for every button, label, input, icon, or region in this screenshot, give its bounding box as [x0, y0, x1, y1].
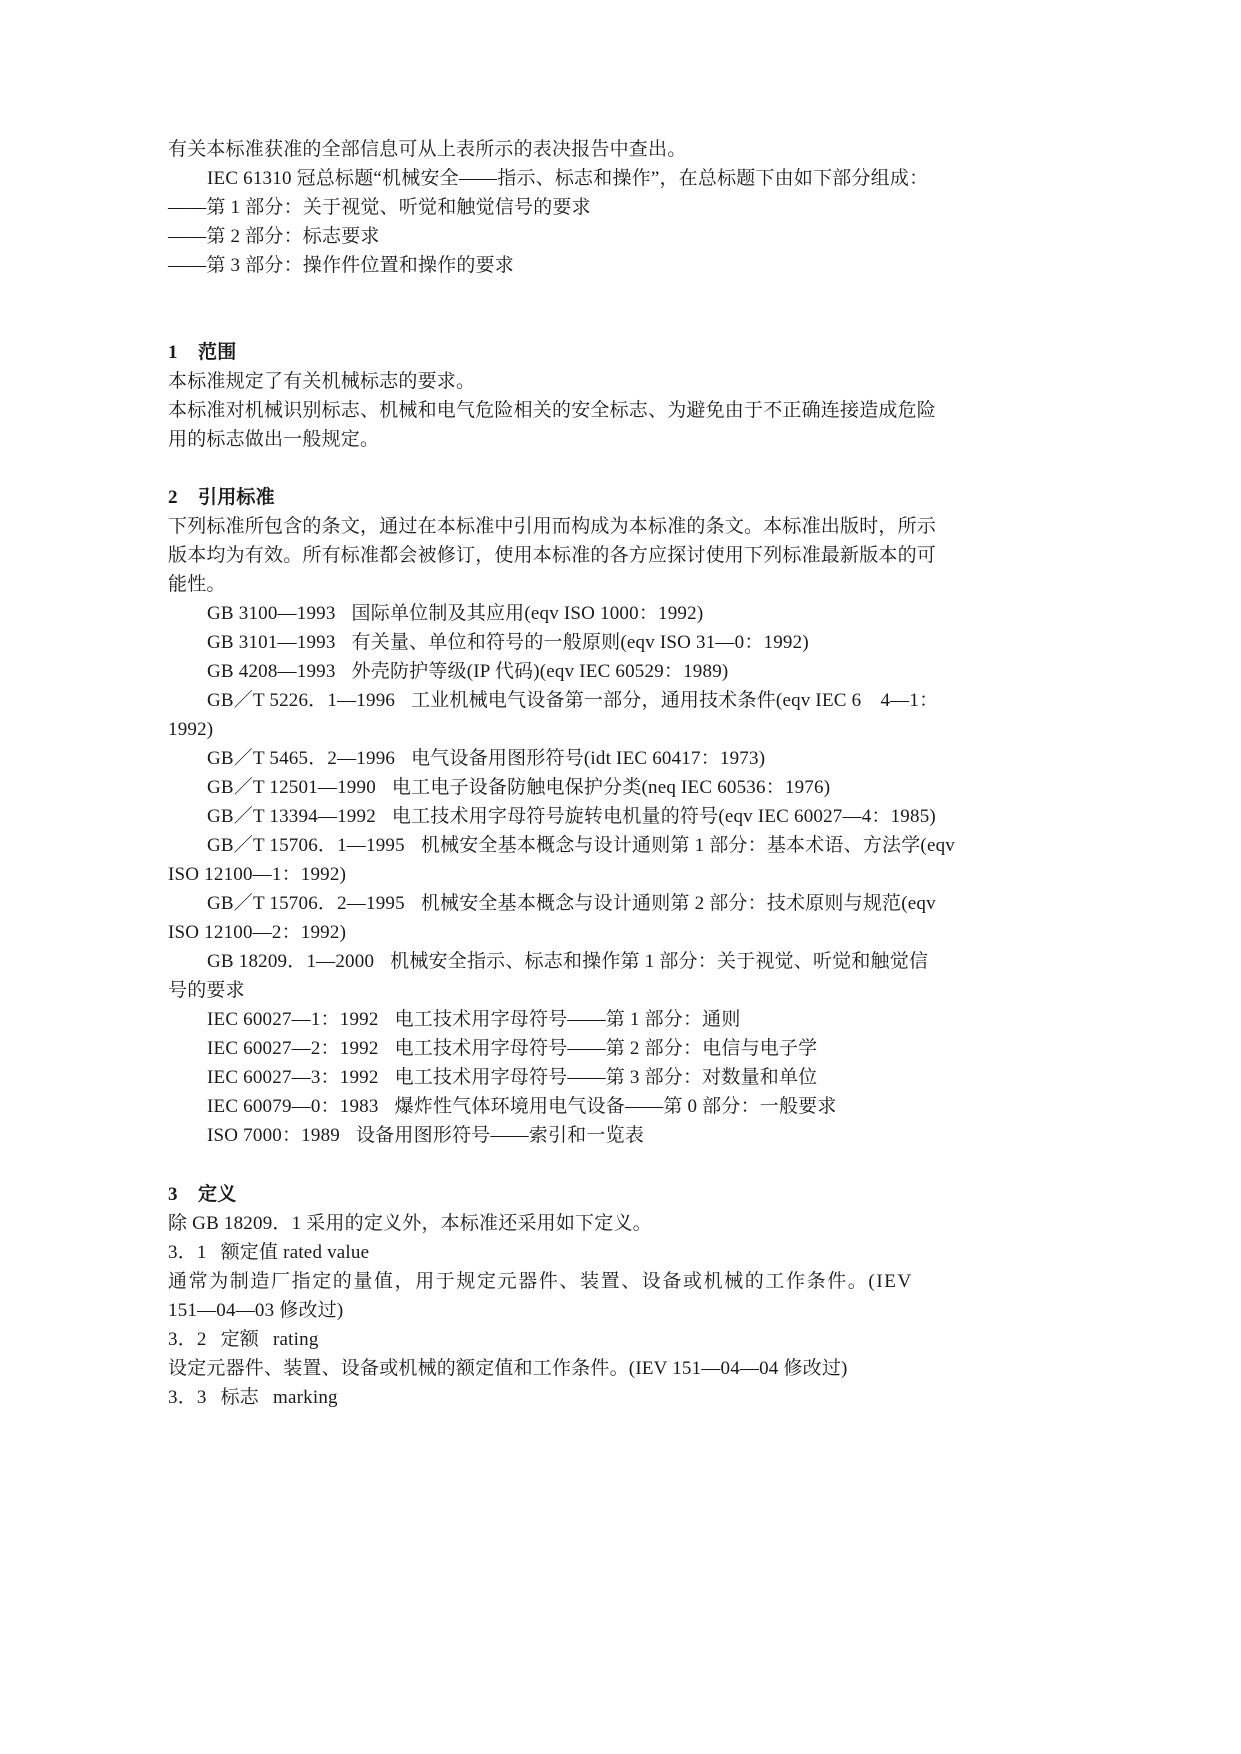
section-1-number: 1 [168, 341, 198, 365]
definition-heading: 3．1额定值 rated value [168, 1241, 369, 1265]
section-3-intro: 除 GB 18209．1 采用的定义外，本标准还采用如下定义。 [168, 1212, 652, 1236]
section-2-number: 2 [168, 486, 198, 510]
intro-part-1: ——第 1 部分：关于视觉、听觉和触觉信号的要求 [168, 196, 591, 220]
definition-heading: 3．3标志marking [168, 1386, 338, 1410]
reference-title: 工业机械电气设备第一部分，通用技术条件(eqv IEC 6 4—1： [411, 690, 938, 711]
definition-term-en: rating [273, 1329, 319, 1350]
section-2-para-line-1: 下列标准所包含的条文，通过在本标准中引用而构成为本标准的条文。本标准出版时，所示 [168, 515, 936, 539]
reference-item: GB／T 15706．1—1995机械安全基本概念与设计通则第 1 部分：基本术… [207, 834, 955, 858]
reference-item: IEC 60027—2：1992电工技术用字母符号——第 2 部分：电信与电子学 [207, 1037, 817, 1061]
reference-item: IEC 60027—3：1992电工技术用字母符号——第 3 部分：对数量和单位 [207, 1066, 817, 1090]
reference-code: GB／T 15706．2—1995 [207, 892, 405, 916]
section-3-title: 定义 [198, 1184, 236, 1205]
reference-code: IEC 60027—1：1992 [207, 1008, 379, 1032]
section-1-title: 范围 [198, 342, 236, 363]
definition-desc-line-1: 通常为制造厂指定的量值，用于规定元器件、装置、设备或机械的工作条件。(IEV [168, 1270, 913, 1294]
definition-desc-line-2: 151—04—03 修改过) [168, 1299, 343, 1323]
definition-term-zh: 定额 [221, 1329, 259, 1350]
section-2-title: 引用标准 [198, 487, 275, 508]
reference-code: GB 3100—1993 [207, 602, 336, 626]
reference-code: GB／T 15706．1—1995 [207, 834, 405, 858]
definition-term-zh: 标志 [221, 1387, 259, 1408]
reference-item: GB／T 15706．2—1995机械安全基本概念与设计通则第 2 部分：技术原… [207, 892, 936, 916]
reference-continuation: 1992) [168, 718, 213, 742]
reference-title: 电工技术用字母符号——第 1 部分：通则 [395, 1009, 741, 1030]
definition-term-en: rated value [283, 1242, 369, 1263]
reference-item: GB／T 5465．2—1996电气设备用图形符号(idt IEC 60417：… [207, 747, 765, 771]
reference-continuation: ISO 12100—1：1992) [168, 863, 346, 887]
reference-item: IEC 60079—0：1983爆炸性气体环境用电气设备——第 0 部分：一般要… [207, 1095, 837, 1119]
document-page: 有关本标准获准的全部信息可从上表所示的表决报告中查出。 IEC 61310 冠总… [0, 0, 1241, 1754]
reference-item: GB 3100—1993国际单位制及其应用(eqv ISO 1000：1992) [207, 602, 703, 626]
reference-code: GB 18209．1—2000 [207, 950, 374, 974]
intro-part-3: ——第 3 部分：操作件位置和操作的要求 [168, 254, 514, 278]
definition-number: 3．2 [168, 1328, 207, 1352]
reference-item: GB 18209．1—2000机械安全指示、标志和操作第 1 部分：关于视觉、听… [207, 950, 928, 974]
section-3-heading: 3定义 [168, 1183, 236, 1207]
reference-title: 电工技术用字母符号旋转电机量的符号(eqv IEC 60027—4：1985) [392, 806, 936, 827]
reference-item: GB／T 12501—1990电工电子设备防触电保护分类(neq IEC 605… [207, 776, 830, 800]
reference-code: GB／T 5226．1—1996 [207, 689, 395, 713]
definition-term-en: marking [273, 1387, 338, 1408]
reference-item: GB／T 13394—1992电工技术用字母符号旋转电机量的符号(eqv IEC… [207, 805, 936, 829]
definition-number: 3．3 [168, 1386, 207, 1410]
reference-continuation: ISO 12100—2：1992) [168, 921, 346, 945]
reference-code: IEC 60027—2：1992 [207, 1037, 379, 1061]
reference-title: 设备用图形符号——索引和一览表 [356, 1125, 644, 1146]
intro-line-2: IEC 61310 冠总标题“机械安全——指示、标志和操作”，在总标题下由如下部… [207, 167, 928, 191]
reference-code: IEC 60079—0：1983 [207, 1095, 379, 1119]
reference-title: 电工技术用字母符号——第 2 部分：电信与电子学 [395, 1038, 818, 1059]
definition-term-zh: 额定值 [221, 1242, 279, 1263]
reference-title: 机械安全基本概念与设计通则第 2 部分：技术原则与规范(eqv [421, 893, 936, 914]
reference-code: IEC 60027—3：1992 [207, 1066, 379, 1090]
reference-title: 电工技术用字母符号——第 3 部分：对数量和单位 [395, 1067, 818, 1088]
reference-item: GB 3101—1993有关量、单位和符号的一般原则(eqv ISO 31—0：… [207, 631, 809, 655]
section-3-number: 3 [168, 1183, 198, 1207]
reference-code: GB／T 13394—1992 [207, 805, 376, 829]
section-2-para-line-3: 能性。 [168, 573, 226, 597]
reference-code: GB 4208—1993 [207, 660, 336, 684]
reference-title: 机械安全指示、标志和操作第 1 部分：关于视觉、听觉和触觉信 [390, 951, 928, 972]
section-1-para-1: 本标准规定了有关机械标志的要求。 [168, 370, 475, 394]
section-2-para-line-2: 版本均为有效。所有标准都会被修订，使用本标准的各方应探讨使用下列标准最新版本的可 [168, 544, 936, 568]
reference-title: 爆炸性气体环境用电气设备——第 0 部分：一般要求 [395, 1096, 837, 1117]
reference-item: ISO 7000：1989设备用图形符号——索引和一览表 [207, 1124, 644, 1148]
reference-item: GB 4208—1993外壳防护等级(IP 代码)(eqv IEC 60529：… [207, 660, 728, 684]
reference-code: ISO 7000：1989 [207, 1124, 340, 1148]
intro-part-2: ——第 2 部分：标志要求 [168, 225, 380, 249]
reference-continuation: 号的要求 [168, 979, 245, 1003]
definition-number: 3．1 [168, 1241, 207, 1265]
reference-title: 有关量、单位和符号的一般原则(eqv ISO 31—0：1992) [352, 632, 809, 653]
reference-code: GB／T 12501—1990 [207, 776, 376, 800]
section-1-para-2-line-2: 用的标志做出一般规定。 [168, 428, 379, 452]
definition-heading: 3．2定额rating [168, 1328, 319, 1352]
reference-title: 外壳防护等级(IP 代码)(eqv IEC 60529：1989) [352, 661, 729, 682]
definition-desc-line-1: 设定元器件、装置、设备或机械的额定值和工作条件。(IEV 151—04—04 修… [168, 1357, 848, 1381]
section-1-para-2-line-1: 本标准对机械识别标志、机械和电气危险相关的安全标志、为避免由于不正确连接造成危险 [168, 399, 936, 423]
reference-title: 机械安全基本概念与设计通则第 1 部分：基本术语、方法学(eqv [421, 835, 955, 856]
reference-code: GB 3101—1993 [207, 631, 336, 655]
section-2-heading: 2引用标准 [168, 486, 275, 510]
reference-title: 电工电子设备防触电保护分类(neq IEC 60536：1976) [392, 777, 830, 798]
reference-title: 电气设备用图形符号(idt IEC 60417：1973) [411, 748, 765, 769]
reference-item: GB／T 5226．1—1996工业机械电气设备第一部分，通用技术条件(eqv … [207, 689, 938, 713]
intro-line-1: 有关本标准获准的全部信息可从上表所示的表决报告中查出。 [168, 138, 686, 162]
section-1-heading: 1范围 [168, 341, 236, 365]
reference-title: 国际单位制及其应用(eqv ISO 1000：1992) [352, 603, 704, 624]
reference-code: GB／T 5465．2—1996 [207, 747, 395, 771]
reference-item: IEC 60027—1：1992电工技术用字母符号——第 1 部分：通则 [207, 1008, 741, 1032]
